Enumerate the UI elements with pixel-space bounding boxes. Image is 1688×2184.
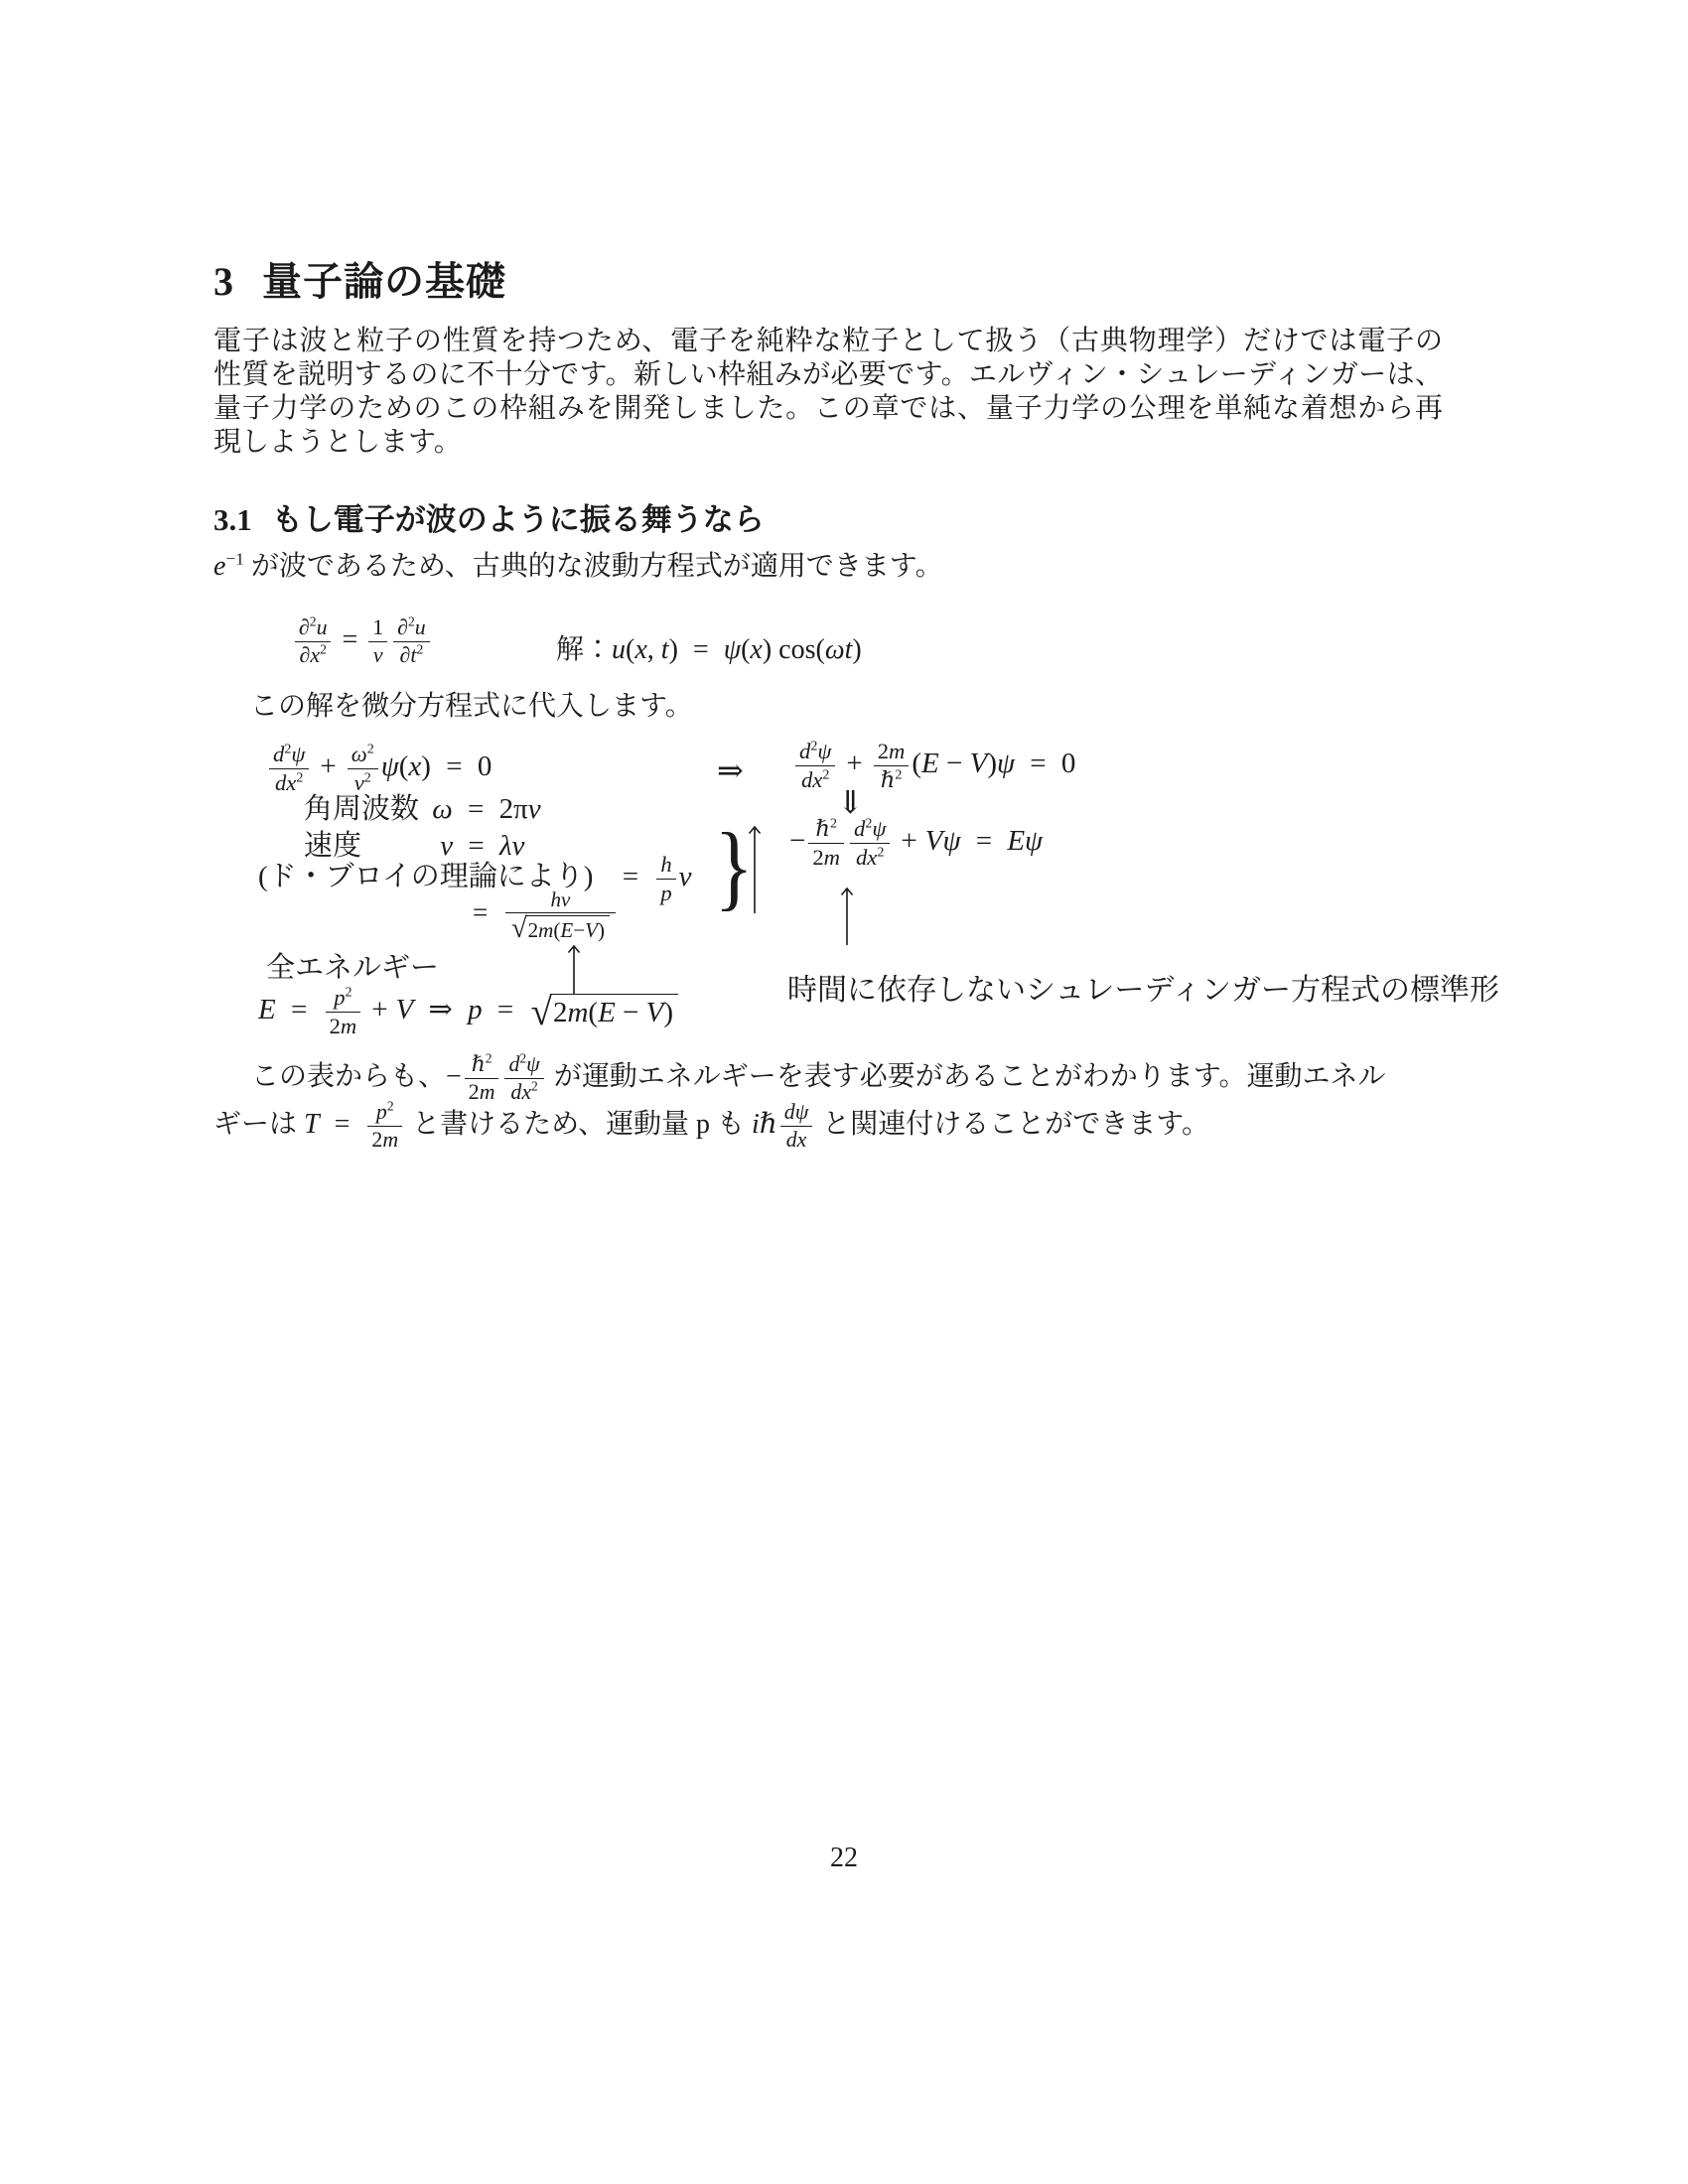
section-heading: 3量子論の基礎 <box>213 250 506 307</box>
schrodinger-equation: −ℏ22md2ψdx2+Vψ = Eψ <box>789 816 1043 871</box>
angular-frequency-eq: ω = 2πν <box>432 793 540 825</box>
subsection-title: もし電子が波のように振る舞うなら <box>272 502 765 537</box>
schrodinger-up-arrow-icon <box>839 886 855 945</box>
page-number: 22 <box>0 1843 1688 1874</box>
hnu-equation: = hν√2m(E−V) <box>465 887 619 942</box>
total-energy-label: 全エネルギー <box>266 945 439 986</box>
section-title: 量子論の基礎 <box>262 259 506 304</box>
implies-arrow: ⇒ <box>717 754 744 786</box>
debroglie-eq: = hpν <box>615 861 692 892</box>
wave-solution: 解：u(x, t) = ψ(x) cos(ωt) <box>556 627 862 667</box>
document-page: 3量子論の基礎 電子は波と粒子の性質を持つため、電子を純粋な粒子として扱う（古典… <box>0 0 1688 2184</box>
wave-intro-line: e−1 が波であるため、古典的な波動方程式が適用できます。 <box>213 550 943 584</box>
section-number: 3 <box>213 259 234 304</box>
intro-line-4: 現しようとします。 <box>213 426 1443 460</box>
subsection-number: 3.1 <box>213 502 252 537</box>
angular-frequency-label: 角周波数 <box>304 793 419 825</box>
intro-line-3: 量子力学のためのこの枠組みを開発しました。この章では、量子力学の公理を単純な着想… <box>213 392 1443 426</box>
intro-paragraph: 電子は波と粒子の性質を持つため、電子を純粋な粒子として扱う（古典物理学）だけでは… <box>213 325 1443 460</box>
double-down-arrow: ⇓ <box>837 786 864 818</box>
intro-line-1: 電子は波と粒子の性質を持つため、電子を純粋な粒子として扱う（古典物理学）だけでは… <box>213 325 1443 358</box>
brace-up-arrow-icon <box>747 824 763 913</box>
closing-line-1: この表からも、−ℏ22md2ψdx2 が運動エネルギーを表す必要があることがわか… <box>251 1052 1386 1105</box>
substitute-note: この解を微分方程式に代入します。 <box>250 684 693 724</box>
angular-frequency-line: 角周波数 ω = 2πν <box>304 786 541 827</box>
annotation-standard-form: 時間に依存しないシュレーディンガー方程式の標準形 <box>787 965 1499 1009</box>
closing-line-2: ギーは T = p22m と書けるため、運動量 p も iℏdψdx と関連付け… <box>213 1100 1209 1153</box>
energy-equation: E = p22m+V ⇒ p = √2m(E − V) <box>258 985 680 1039</box>
intro-line-2: 性質を説明するのに不十分です。新しい枠組みが必要です。エルヴィン・シュレーディン… <box>213 358 1443 392</box>
subsection-heading: 3.1もし電子が波のように振る舞うなら <box>213 494 765 539</box>
wave-equation: ∂2u∂x2=1v∂2u∂t2 <box>292 615 433 668</box>
eq-psi-hbar: d2ψdx2+2mℏ2(E − V)ψ = 0 <box>792 739 1075 793</box>
